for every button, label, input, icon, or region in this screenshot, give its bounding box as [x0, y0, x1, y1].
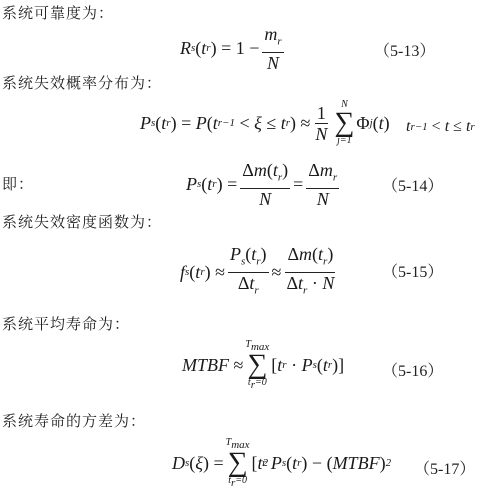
label-mean-life: 系统平均寿命为：	[2, 313, 130, 334]
equation-5-13: Rs(tr) = 1 − mrN	[180, 24, 287, 73]
label-failure-prob: 系统失效概率分布为：	[2, 72, 162, 93]
equation-5-15: fs(tr) ≈ Ps(tr)Δtr ≈ Δm(tr)Δtr · N	[180, 244, 339, 300]
equation-number-5-16: （5-16）	[382, 358, 443, 381]
equation-5-17: Ds(ξ) = Tmax∑tr=0 [t2r Ps(tr) − (MTBF)2	[172, 438, 391, 487]
equation-5-14: Ps(tr) = Δm(tr)N = ΔmrN	[186, 160, 342, 209]
equation-failure-prob: Ps(tr) = P(tr−1 < ξ ≤ tr) ≈ 1N N∑j=1 Φj(…	[140, 100, 390, 146]
label-namely: 即：	[2, 173, 34, 194]
equation-number-5-15: （5-15）	[382, 259, 443, 282]
label-life-variance: 系统寿命的方差为：	[2, 410, 146, 431]
equation-condition: tr−1 < t ≤ tr	[406, 118, 475, 136]
label-reliability: 系统可靠度为：	[2, 2, 114, 23]
equation-number-5-14: （5-14）	[382, 173, 443, 196]
equation-number-5-13: （5-13）	[374, 38, 435, 61]
equation-number-5-17: （5-17）	[414, 456, 475, 479]
equation-5-16: MTBF ≈ Tmax∑tr=0 [tr · Ps(tr)]	[182, 340, 344, 390]
label-failure-density: 系统失效密度函数为：	[2, 211, 162, 232]
